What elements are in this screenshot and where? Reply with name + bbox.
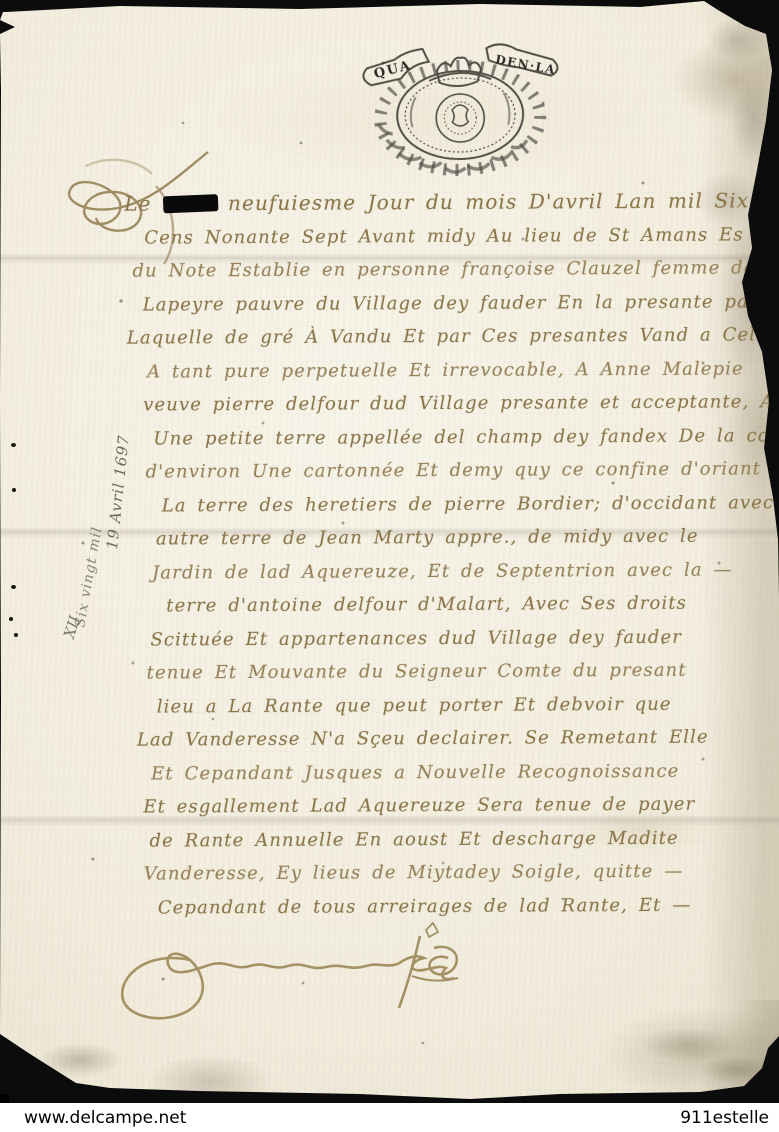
manuscript-line: A tant pure perpetuelle Et irrevocable, … — [147, 352, 750, 389]
manuscript-paper: QUA DEN·LA Le neufuiesme Jour du mois D'… — [0, 0, 779, 1103]
manuscript-line: Cens Nonante Sept Avant midy Au lieu de … — [144, 218, 749, 255]
watermark-site-text: www.delcampe.net — [24, 1108, 186, 1128]
watermark-seller-text: 911estelle — [680, 1108, 769, 1128]
manuscript-line: Vanderesse, Ey lieus de Miytadey Soigle,… — [144, 854, 753, 891]
stitch-hole — [11, 443, 16, 447]
stitch-hole — [12, 488, 16, 492]
manuscript-line: Et esgallement Lad Aquereuze Sera tenue … — [143, 787, 752, 824]
crumpled-bottom-right-corner — [539, 1000, 779, 1100]
manuscript-line: Et Cepandant Jusques a Nouvelle Recognoi… — [151, 754, 752, 791]
manuscript-line: lieu a La Rante que peut porter Et debvo… — [157, 687, 752, 724]
manuscript-line: Une petite terre appellée del champ dey … — [153, 419, 750, 456]
stamp-banner-left-text: QUA — [372, 58, 413, 82]
manuscript-line: terre d'antoine delfour d'Malart, Avec S… — [166, 586, 751, 623]
stamp-banner-right-text: DEN·LA — [494, 52, 557, 77]
manuscript-line: Jardin de lad Aquereuze, Et de Septentri… — [152, 553, 751, 590]
watermark-bar: www.delcampe.net 911estelle — [0, 1103, 779, 1132]
manuscript-line: Laquelle de gré À Vandu Et par Ces presa… — [127, 318, 750, 355]
signature-flourish — [112, 918, 502, 1023]
manuscript-line: du Note Establie en personne françoise C… — [132, 251, 749, 288]
opening-word: Le — [124, 187, 152, 221]
manuscript-line: Le neufuiesme Jour du mois D'avril Lan m… — [124, 184, 749, 221]
stitch-hole — [11, 585, 16, 589]
manuscript-line: Scittuée Et appartenances dud Village de… — [150, 620, 751, 657]
margin-note-pencil: Six vingt mil — [72, 525, 105, 628]
manuscript-line: autre terre de Jean Marty appre., de mid… — [156, 519, 751, 556]
stitch-hole — [9, 617, 13, 621]
manuscript-line: veuve pierre delfour dud Village presant… — [143, 385, 750, 422]
stitch-hole — [14, 633, 18, 637]
manuscript-line: Lad Vanderesse N'a Sçeu declairer. Se Re… — [137, 720, 752, 757]
manuscript-line: de Rante Annuelle En aoust Et descharge … — [149, 821, 752, 858]
manuscript-line: Lapeyre pauvre du Village dey fauder En … — [143, 285, 750, 322]
manuscript-text: Le neufuiesme Jour du mois D'avril Lan m… — [124, 184, 753, 924]
margin-note-pencil-numeral: XII — [60, 614, 84, 641]
manuscript-line: tenue Et Mouvante du Seigneur Comte du p… — [147, 653, 752, 690]
scanned-manuscript-page: QUA DEN·LA Le neufuiesme Jour du mois D'… — [0, 0, 779, 1132]
redaction-mark — [163, 194, 218, 213]
manuscript-line: d'environ Une cartonnée Et demy quy ce c… — [145, 452, 750, 489]
tax-stamp: QUA DEN·LA — [356, 35, 564, 182]
manuscript-line: La terre des heretiers de pierre Bordier… — [162, 486, 751, 523]
